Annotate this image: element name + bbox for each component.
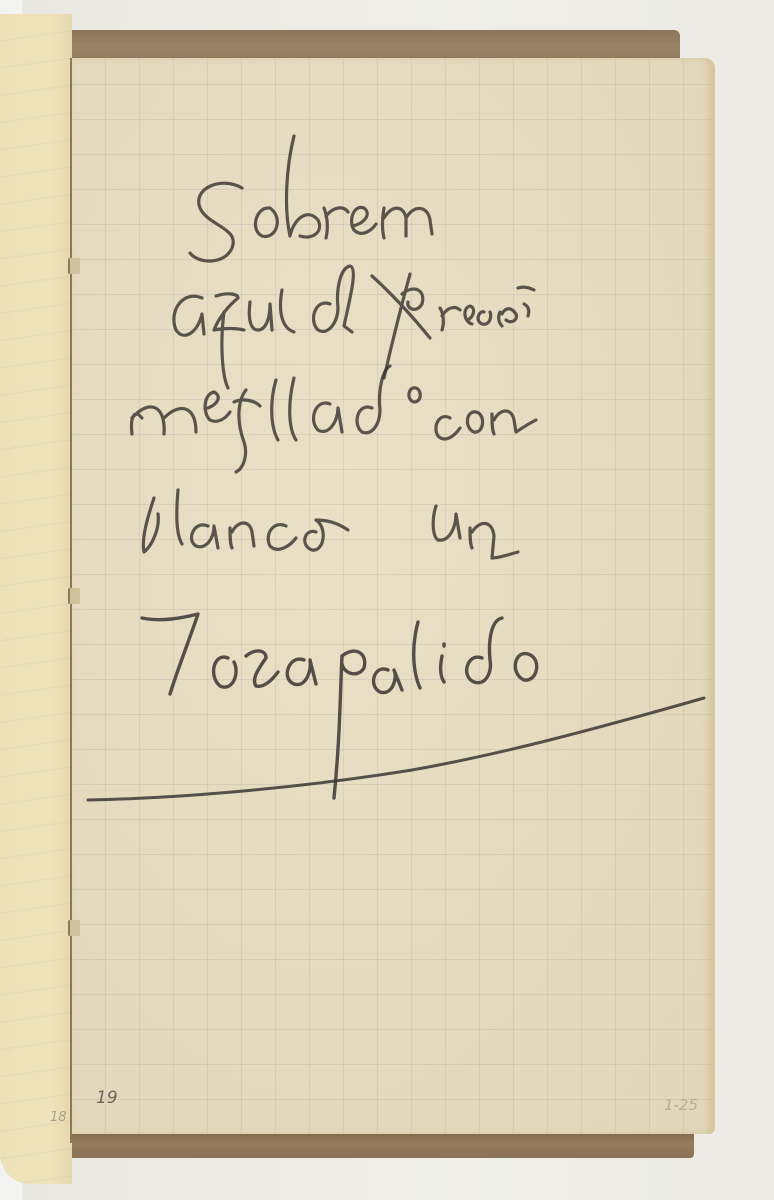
line-rosa-palido <box>142 614 537 798</box>
underline-stroke <box>88 698 704 800</box>
line-mezclado-con <box>131 366 536 472</box>
handwritten-note <box>72 58 712 1134</box>
line-sobre-un <box>190 136 432 261</box>
notebook-page: 19 1-25 Sobre un azul de Prusia mezclado… <box>72 58 715 1134</box>
binding-tear-2 <box>68 588 80 604</box>
pencil-strokes <box>72 58 712 1134</box>
binding-tear-1 <box>68 258 80 274</box>
corner-annotation: 1-25 <box>664 1096 698 1114</box>
notebook-cover-bottom-edge <box>42 1130 694 1158</box>
line-azul-de-prusia <box>174 266 534 388</box>
line-blanco-un <box>143 490 518 558</box>
facing-page-left: 18 <box>0 14 72 1184</box>
binding-tear-3 <box>68 920 80 936</box>
facing-page-number: 18 <box>50 1110 67 1125</box>
page-number: 19 <box>96 1088 118 1108</box>
